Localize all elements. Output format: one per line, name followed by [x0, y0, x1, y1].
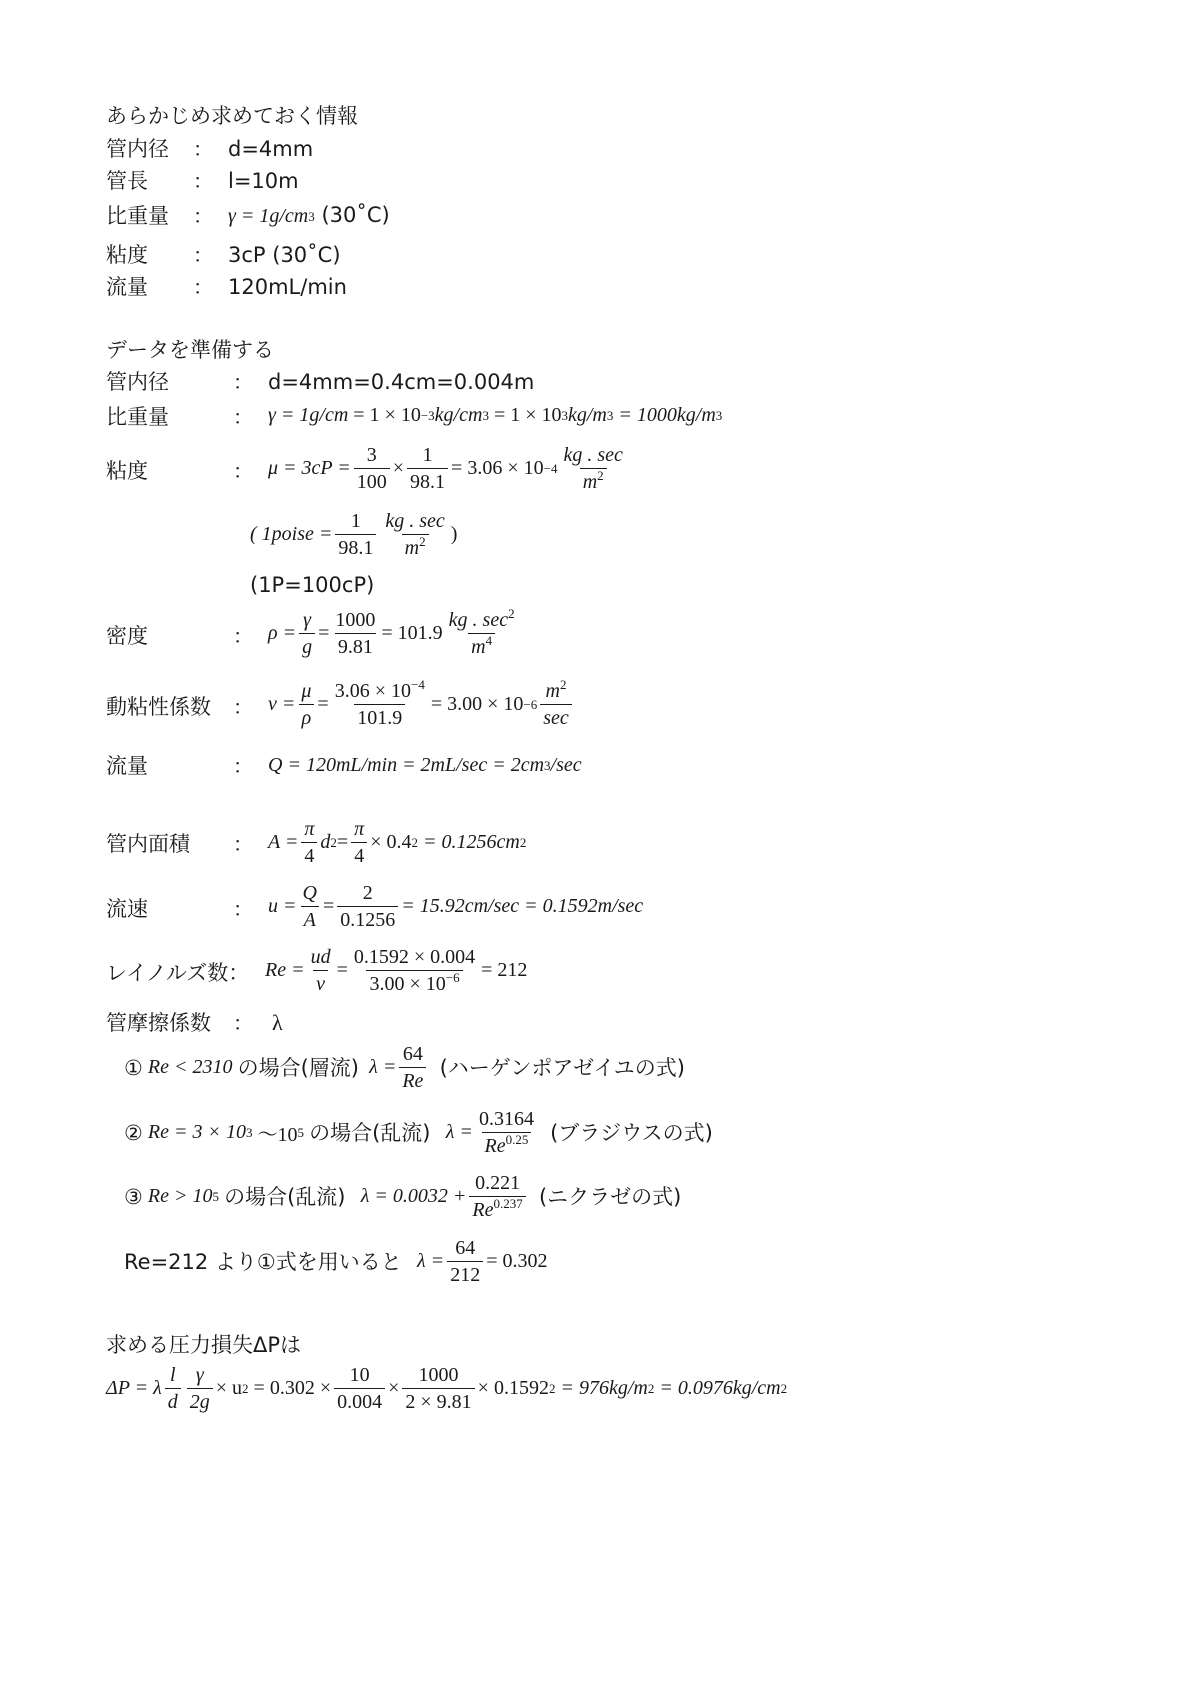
- row-colon: ：: [233, 1011, 253, 1035]
- friction-case-laminar: ① Re < 2310 の場合(層流) λ = 64Re (ハーゲンポアゼイユの…: [124, 1043, 685, 1092]
- row-label: 管内径: [106, 370, 169, 394]
- row-value: d=4mm: [228, 137, 313, 161]
- row-colon: ：: [233, 897, 253, 921]
- row-colon: ：: [233, 370, 253, 394]
- viscosity-formula: μ = 3cP = 3100 × 198.1 = 3.06 × 10−4 kg …: [268, 444, 629, 493]
- section3-heading: 求める圧力損失ΔPは: [106, 1333, 301, 1357]
- flow-rate-formula: Q = 120mL/min = 2mL/sec = 2cm3/sec: [268, 754, 582, 777]
- row-value: l=10m: [228, 169, 299, 193]
- friction-case-blasius: ② Re = 3 × 103 〜105 の場合(乱流) λ = 0.3164Re…: [124, 1108, 713, 1157]
- row-colon: ：: [193, 275, 213, 299]
- row-label: 密度: [106, 624, 148, 648]
- pressure-loss-formula: ΔP = λ ldγ2g × u2 = 0.302 × 100.004 × 10…: [106, 1364, 787, 1413]
- area-formula: A = π4d2 = π4 × 0.42 = 0.1256cm2: [268, 818, 526, 867]
- row-value: 120mL/min: [228, 275, 347, 299]
- row-colon: ：: [193, 243, 213, 267]
- row-label: 流量: [106, 275, 148, 299]
- row-colon: ：: [193, 204, 213, 228]
- row-label: 管内面積: [106, 832, 190, 856]
- row-colon: ：: [233, 832, 253, 856]
- row-label: 粘度: [106, 459, 148, 483]
- row-label: 流量: [106, 754, 148, 778]
- row-label: レイノルズ数：: [106, 961, 249, 985]
- kinematic-viscosity-formula: ν = μρ = 3.06 × 10−4101.9 = 3.00 × 10−6 …: [268, 680, 575, 729]
- row-colon: ：: [233, 624, 253, 648]
- reynolds-formula: Re = udν = 0.1592 × 0.0043.00 × 10−6 = 2…: [265, 946, 527, 995]
- row-label: 比重量: [106, 405, 169, 429]
- poise-centipoise-note: (1P=100cP): [250, 573, 374, 597]
- row-colon: ：: [233, 459, 253, 483]
- friction-case-nikuradse: ③ Re > 105 の場合(乱流) λ = 0.0032 + 0.221Re0…: [124, 1172, 681, 1221]
- row-colon: ：: [233, 405, 253, 429]
- row-colon: ：: [193, 169, 213, 193]
- row-label: 粘度: [106, 243, 148, 267]
- velocity-formula: u = QA = 20.1256 = 15.92cm/sec = 0.1592m…: [268, 882, 643, 931]
- poise-definition-note: ( 1poise = 198.1 kg . secm2): [250, 510, 457, 559]
- row-colon: ：: [233, 754, 253, 778]
- row-label: 管内径: [106, 137, 169, 161]
- specific-weight-conversion: γ = 1g/cm = 1 × 10−3kg/cm3 = 1 × 103kg/m…: [268, 404, 722, 427]
- row-label: 比重量: [106, 204, 169, 228]
- row-value: 3cP (30˚C): [228, 243, 341, 267]
- specific-weight-formula: γ = 1g/cm3: [228, 205, 315, 228]
- row-label: 管長: [106, 169, 148, 193]
- lambda-symbol: λ: [272, 1010, 283, 1036]
- density-formula: ρ = γg = 10009.81 = 101.9 kg . sec2m4: [268, 609, 521, 658]
- section2-heading: データを準備する: [106, 338, 274, 362]
- row-colon: ：: [233, 695, 253, 719]
- friction-conclusion: Re=212 より①式を用いると λ = 64212 = 0.302: [124, 1237, 547, 1286]
- row-label: 動粘性係数: [106, 695, 211, 719]
- row-value: d=4mm=0.4cm=0.004m: [268, 370, 534, 394]
- row-label: 流速: [106, 897, 148, 921]
- row-colon: ：: [193, 137, 213, 161]
- section1-heading: あらかじめ求めておく情報: [106, 104, 358, 128]
- row-label: 管摩擦係数: [106, 1011, 211, 1035]
